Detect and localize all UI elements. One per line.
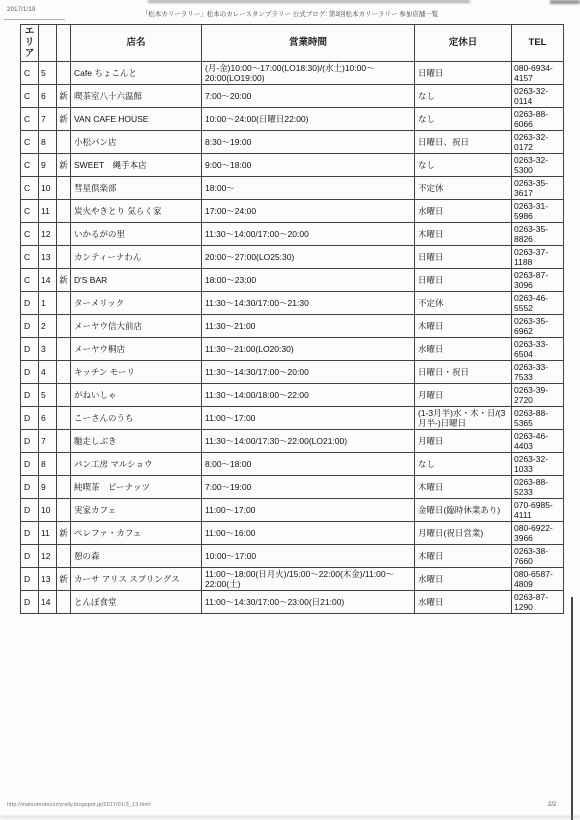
- cell-area: D: [21, 337, 39, 360]
- cell-closed-day: 木曜日: [415, 222, 512, 245]
- table-row: D 2 メーヤウ信大前店 11:30～21:00 木曜日 0263-35-696…: [21, 314, 564, 337]
- cell-new-marker: [57, 61, 71, 84]
- table-body: C 5 Cafe ちょこんと (月-金)10:00～17:00(LO18:30)…: [21, 61, 564, 614]
- cell-shop-name: 彗星倶楽部: [71, 176, 202, 199]
- cell-tel: 0263-33-7533: [512, 361, 564, 384]
- table-row: C 8 小松パン店 8:30～19:00 日曜日、祝日 0263-32-0172: [21, 130, 564, 153]
- cell-new-marker: [57, 245, 71, 268]
- cell-area: D: [21, 568, 39, 591]
- cell-tel: 0263-32-1033: [512, 453, 564, 476]
- table-row: C 13 カンティーナわん 20:00～27:00(LO25:30) 日曜日 0…: [21, 245, 564, 268]
- cell-hours: 11:30～21:00(LO20:30): [202, 337, 415, 360]
- scan-shadow-bottom: [0, 816, 580, 818]
- header-shop-name: 店名: [71, 25, 202, 62]
- cell-number: 2: [39, 314, 57, 337]
- cell-shop-name: カーサ アリス スプリングス: [71, 568, 202, 591]
- cell-shop-name: ターメリック: [71, 291, 202, 314]
- cell-area: C: [21, 107, 39, 130]
- cell-new-marker: [57, 476, 71, 499]
- cell-area: D: [21, 314, 39, 337]
- cell-area: C: [21, 153, 39, 176]
- cell-area: D: [21, 499, 39, 522]
- cell-new-marker: [57, 430, 71, 453]
- cell-closed-day: 月曜日: [415, 430, 512, 453]
- cell-tel: 0263-87-3096: [512, 268, 564, 291]
- cell-tel: 0263-88-6066: [512, 107, 564, 130]
- header-tel: TEL: [512, 25, 564, 62]
- cell-new-marker: [57, 384, 71, 407]
- cell-area: C: [21, 176, 39, 199]
- cell-hours: 20:00～27:00(LO25:30): [202, 245, 415, 268]
- cell-closed-day: なし: [415, 453, 512, 476]
- cell-new-marker: 新: [57, 107, 71, 130]
- cell-new-marker: [57, 291, 71, 314]
- cell-closed-day: 金曜日(臨時休業あり): [415, 499, 512, 522]
- table-row: C 11 炭火やきとり 気らく家 17:00～24:00 水曜日 0263-31…: [21, 199, 564, 222]
- scan-edge-line: [571, 597, 573, 820]
- cell-hours: 11:00～14:30/17:00～23:00(日21:00): [202, 591, 415, 614]
- cell-new-marker: [57, 591, 71, 614]
- scan-shadow-top-right: [550, 0, 580, 4]
- cell-tel: 0263-37-1188: [512, 245, 564, 268]
- cell-shop-name: 純喫茶 ピーナッツ: [71, 476, 202, 499]
- header-area: エリア: [21, 25, 39, 62]
- cell-hours: 7:00～19:00: [202, 476, 415, 499]
- cell-tel: 0263-38-7660: [512, 545, 564, 568]
- cell-number: 8: [39, 453, 57, 476]
- cell-number: 7: [39, 107, 57, 130]
- table-row: D 5 がねいしゃ 11:30～14:00/18:00～22:00 月曜日 02…: [21, 384, 564, 407]
- cell-hours: 10:00～24:00(日曜日22:00): [202, 107, 415, 130]
- cell-hours: 10:00～17:00: [202, 545, 415, 568]
- cell-hours: 17:00～24:00: [202, 199, 415, 222]
- cell-area: C: [21, 84, 39, 107]
- table-row: C 14 新 D'S BAR 18:00～23:00 日曜日 0263-87-3…: [21, 268, 564, 291]
- cell-area: D: [21, 522, 39, 545]
- cell-number: 9: [39, 476, 57, 499]
- page-title: 「松本カリーラリー」松本のカレースタンプラリー 公式ブログ: 第3回松本カリーラ…: [0, 9, 580, 18]
- cell-hours: 11:00～16:00: [202, 522, 415, 545]
- cell-hours: 11:30～14:30/17:00～21:30: [202, 291, 415, 314]
- cell-hours: 11:30～21:00: [202, 314, 415, 337]
- cell-shop-name: キッチン モーリ: [71, 361, 202, 384]
- cell-area: D: [21, 591, 39, 614]
- cell-number: 11: [39, 199, 57, 222]
- cell-shop-name: こーさんのうち: [71, 407, 202, 430]
- cell-number: 3: [39, 337, 57, 360]
- cell-new-marker: [57, 130, 71, 153]
- cell-shop-name: がねいしゃ: [71, 384, 202, 407]
- cell-shop-name: 小松パン店: [71, 130, 202, 153]
- cell-number: 13: [39, 568, 57, 591]
- cell-number: 12: [39, 222, 57, 245]
- cell-new-marker: [57, 199, 71, 222]
- cell-area: D: [21, 291, 39, 314]
- cell-number: 9: [39, 153, 57, 176]
- cell-hours: 18:00～: [202, 176, 415, 199]
- cell-number: 14: [39, 591, 57, 614]
- cell-shop-name: 実家カフェ: [71, 499, 202, 522]
- cell-new-marker: [57, 222, 71, 245]
- cell-new-marker: [57, 499, 71, 522]
- cell-tel: 080-6922-3966: [512, 522, 564, 545]
- cell-closed-day: なし: [415, 153, 512, 176]
- cell-shop-name: 喫茶室八十六温館: [71, 84, 202, 107]
- cell-hours: 11:00～17:00: [202, 407, 415, 430]
- cell-hours: 11:00～18:00(日月火)/15:00～22:00(木金)/11:00～2…: [202, 568, 415, 591]
- cell-tel: 0263-46-4403: [512, 430, 564, 453]
- cell-hours: 8:30～19:00: [202, 130, 415, 153]
- cell-hours: 9:00～18:00: [202, 153, 415, 176]
- cell-hours: 11:30～14:30/17:00～20:00: [202, 361, 415, 384]
- cell-number: 10: [39, 499, 57, 522]
- cell-closed-day: なし: [415, 107, 512, 130]
- cell-hours: 7:00～20:00: [202, 84, 415, 107]
- cell-closed-day: 木曜日: [415, 545, 512, 568]
- cell-tel: 0263-46-5552: [512, 291, 564, 314]
- table-row: C 7 新 VAN CAFE HOUSE 10:00～24:00(日曜日22:0…: [21, 107, 564, 130]
- cell-area: C: [21, 199, 39, 222]
- cell-closed-day: 水曜日: [415, 568, 512, 591]
- cell-tel: 0263-31-5986: [512, 199, 564, 222]
- cell-tel: 0263-35-3617: [512, 176, 564, 199]
- cell-hours: 8:00～18:00: [202, 453, 415, 476]
- cell-tel: 0263-39-2720: [512, 384, 564, 407]
- header-hours: 営業時間: [202, 25, 415, 62]
- table-row: C 10 彗星倶楽部 18:00～ 不定休 0263-35-3617: [21, 176, 564, 199]
- table-header-row: エリア 店名 営業時間 定休日 TEL: [21, 25, 564, 62]
- cell-closed-day: 木曜日: [415, 476, 512, 499]
- cell-shop-name: SWEET 縄手本店: [71, 153, 202, 176]
- cell-number: 10: [39, 176, 57, 199]
- table-row: D 3 メーヤウ桐店 11:30～21:00(LO20:30) 水曜日 0263…: [21, 337, 564, 360]
- cell-area: C: [21, 245, 39, 268]
- cell-hours: 11:30～14:00/17:00～20:00: [202, 222, 415, 245]
- cell-tel: 0263-32-0172: [512, 130, 564, 153]
- cell-hours: 18:00～23:00: [202, 268, 415, 291]
- cell-shop-name: VAN CAFE HOUSE: [71, 107, 202, 130]
- cell-shop-name: パン工房 マルショウ: [71, 453, 202, 476]
- header-closed-day: 定休日: [415, 25, 512, 62]
- cell-area: C: [21, 222, 39, 245]
- cell-shop-name: 炭火やきとり 気らく家: [71, 199, 202, 222]
- cell-tel: 0263-88-5365: [512, 407, 564, 430]
- cell-area: D: [21, 453, 39, 476]
- cell-closed-day: 不定休: [415, 176, 512, 199]
- cell-closed-day: 水曜日: [415, 337, 512, 360]
- cell-number: 1: [39, 291, 57, 314]
- cell-shop-name: Cafe ちょこんと: [71, 61, 202, 84]
- cell-shop-name: 憩の森: [71, 545, 202, 568]
- cell-closed-day: 月曜日(祝日営業): [415, 522, 512, 545]
- cell-tel: 0263-35-6962: [512, 314, 564, 337]
- cell-number: 14: [39, 268, 57, 291]
- cell-closed-day: 月曜日: [415, 384, 512, 407]
- table-row: D 12 憩の森 10:00～17:00 木曜日 0263-38-7660: [21, 545, 564, 568]
- header-number: [39, 25, 57, 62]
- cell-area: C: [21, 268, 39, 291]
- table-row: D 4 キッチン モーリ 11:30～14:30/17:00～20:00 日曜日…: [21, 361, 564, 384]
- cell-tel: 0263-33-6504: [512, 337, 564, 360]
- cell-new-marker: [57, 176, 71, 199]
- cell-hours: 11:30～14:00/17:30～22:00(LO21:00): [202, 430, 415, 453]
- cell-hours: (月-金)10:00～17:00(LO18:30)/(水土)10:00～20:0…: [202, 61, 415, 84]
- cell-shop-name: メーヤウ桐店: [71, 337, 202, 360]
- cell-closed-day: 不定休: [415, 291, 512, 314]
- table-row: D 11 新 ペレファ・カフェ 11:00～16:00 月曜日(祝日営業) 08…: [21, 522, 564, 545]
- cell-closed-day: 日曜日、祝日: [415, 130, 512, 153]
- cell-number: 13: [39, 245, 57, 268]
- cell-tel: 0263-32-0114: [512, 84, 564, 107]
- cell-shop-name: とんぼ食堂: [71, 591, 202, 614]
- cell-closed-day: 日曜日・祝日: [415, 361, 512, 384]
- cell-new-marker: 新: [57, 522, 71, 545]
- table-row: D 7 馳走しぶき 11:30～14:00/17:30～22:00(LO21:0…: [21, 430, 564, 453]
- cell-tel: 080-6587-4809: [512, 568, 564, 591]
- table-row: D 1 ターメリック 11:30～14:30/17:00～21:30 不定休 0…: [21, 291, 564, 314]
- cell-area: D: [21, 545, 39, 568]
- cell-new-marker: [57, 314, 71, 337]
- cell-number: 7: [39, 430, 57, 453]
- cell-shop-name: 馳走しぶき: [71, 430, 202, 453]
- cell-new-marker: 新: [57, 84, 71, 107]
- cell-hours: 11:30～14:00/18:00～22:00: [202, 384, 415, 407]
- cell-new-marker: [57, 453, 71, 476]
- cell-new-marker: [57, 337, 71, 360]
- cell-area: D: [21, 361, 39, 384]
- cell-shop-name: メーヤウ信大前店: [71, 314, 202, 337]
- cell-area: C: [21, 61, 39, 84]
- cell-closed-day: 木曜日: [415, 314, 512, 337]
- cell-area: D: [21, 430, 39, 453]
- cell-new-marker: [57, 545, 71, 568]
- header-new: [57, 25, 71, 62]
- cell-shop-name: いかるがの里: [71, 222, 202, 245]
- table-row: C 9 新 SWEET 縄手本店 9:00～18:00 なし 0263-32-5…: [21, 153, 564, 176]
- table-row: D 14 とんぼ食堂 11:00～14:30/17:00～23:00(日21:0…: [21, 591, 564, 614]
- table-row: D 10 実家カフェ 11:00～17:00 金曜日(臨時休業あり) 070-6…: [21, 499, 564, 522]
- cell-tel: 0263-88-5233: [512, 476, 564, 499]
- cell-new-marker: 新: [57, 568, 71, 591]
- page-number: 2/2: [548, 802, 556, 808]
- cell-new-marker: [57, 407, 71, 430]
- cell-closed-day: 水曜日: [415, 591, 512, 614]
- footer-url: http://matsumotocurryrally.blogspot.jp/2…: [7, 802, 151, 808]
- cell-area: D: [21, 384, 39, 407]
- cell-tel: 080-6934-4157: [512, 61, 564, 84]
- cell-shop-name: D'S BAR: [71, 268, 202, 291]
- cell-number: 4: [39, 361, 57, 384]
- cell-closed-day: 水曜日: [415, 199, 512, 222]
- table-row: C 5 Cafe ちょこんと (月-金)10:00～17:00(LO18:30)…: [21, 61, 564, 84]
- table-row: C 6 新 喫茶室八十六温館 7:00～20:00 なし 0263-32-011…: [21, 84, 564, 107]
- cell-tel: 0263-32-5300: [512, 153, 564, 176]
- cell-new-marker: 新: [57, 153, 71, 176]
- cell-closed-day: 日曜日: [415, 61, 512, 84]
- cell-new-marker: 新: [57, 268, 71, 291]
- cell-number: 12: [39, 545, 57, 568]
- table-row: D 13 新 カーサ アリス スプリングス 11:00～18:00(日月火)/1…: [21, 568, 564, 591]
- cell-number: 5: [39, 61, 57, 84]
- scan-shadow-top: [148, 0, 470, 3]
- cell-tel: 070-6985-4111: [512, 499, 564, 522]
- cell-number: 11: [39, 522, 57, 545]
- cell-tel: 0263-87-1290: [512, 591, 564, 614]
- cell-new-marker: [57, 361, 71, 384]
- cell-closed-day: 日曜日: [415, 245, 512, 268]
- cell-area: D: [21, 476, 39, 499]
- table-row: D 9 純喫茶 ピーナッツ 7:00～19:00 木曜日 0263-88-523…: [21, 476, 564, 499]
- cell-closed-day: なし: [415, 84, 512, 107]
- cell-number: 6: [39, 84, 57, 107]
- cell-shop-name: カンティーナわん: [71, 245, 202, 268]
- cell-number: 8: [39, 130, 57, 153]
- cell-hours: 11:00～17:00: [202, 499, 415, 522]
- table-row: D 8 パン工房 マルショウ 8:00～18:00 なし 0263-32-103…: [21, 453, 564, 476]
- scan-line-under-date: [4, 19, 65, 20]
- table-row: C 12 いかるがの里 11:30～14:00/17:00～20:00 木曜日 …: [21, 222, 564, 245]
- cell-number: 5: [39, 384, 57, 407]
- cell-closed-day: 日曜日: [415, 268, 512, 291]
- cell-tel: 0263-35-8826: [512, 222, 564, 245]
- cell-shop-name: ペレファ・カフェ: [71, 522, 202, 545]
- cell-area: C: [21, 130, 39, 153]
- cell-closed-day: (1-3月半)水・木・日/(3月半-)日曜日: [415, 407, 512, 430]
- cell-number: 6: [39, 407, 57, 430]
- table-row: D 6 こーさんのうち 11:00～17:00 (1-3月半)水・木・日/(3月…: [21, 407, 564, 430]
- cell-area: D: [21, 407, 39, 430]
- shop-list-table: エリア 店名 営業時間 定休日 TEL C 5 Cafe ちょこんと (月-金)…: [20, 24, 564, 614]
